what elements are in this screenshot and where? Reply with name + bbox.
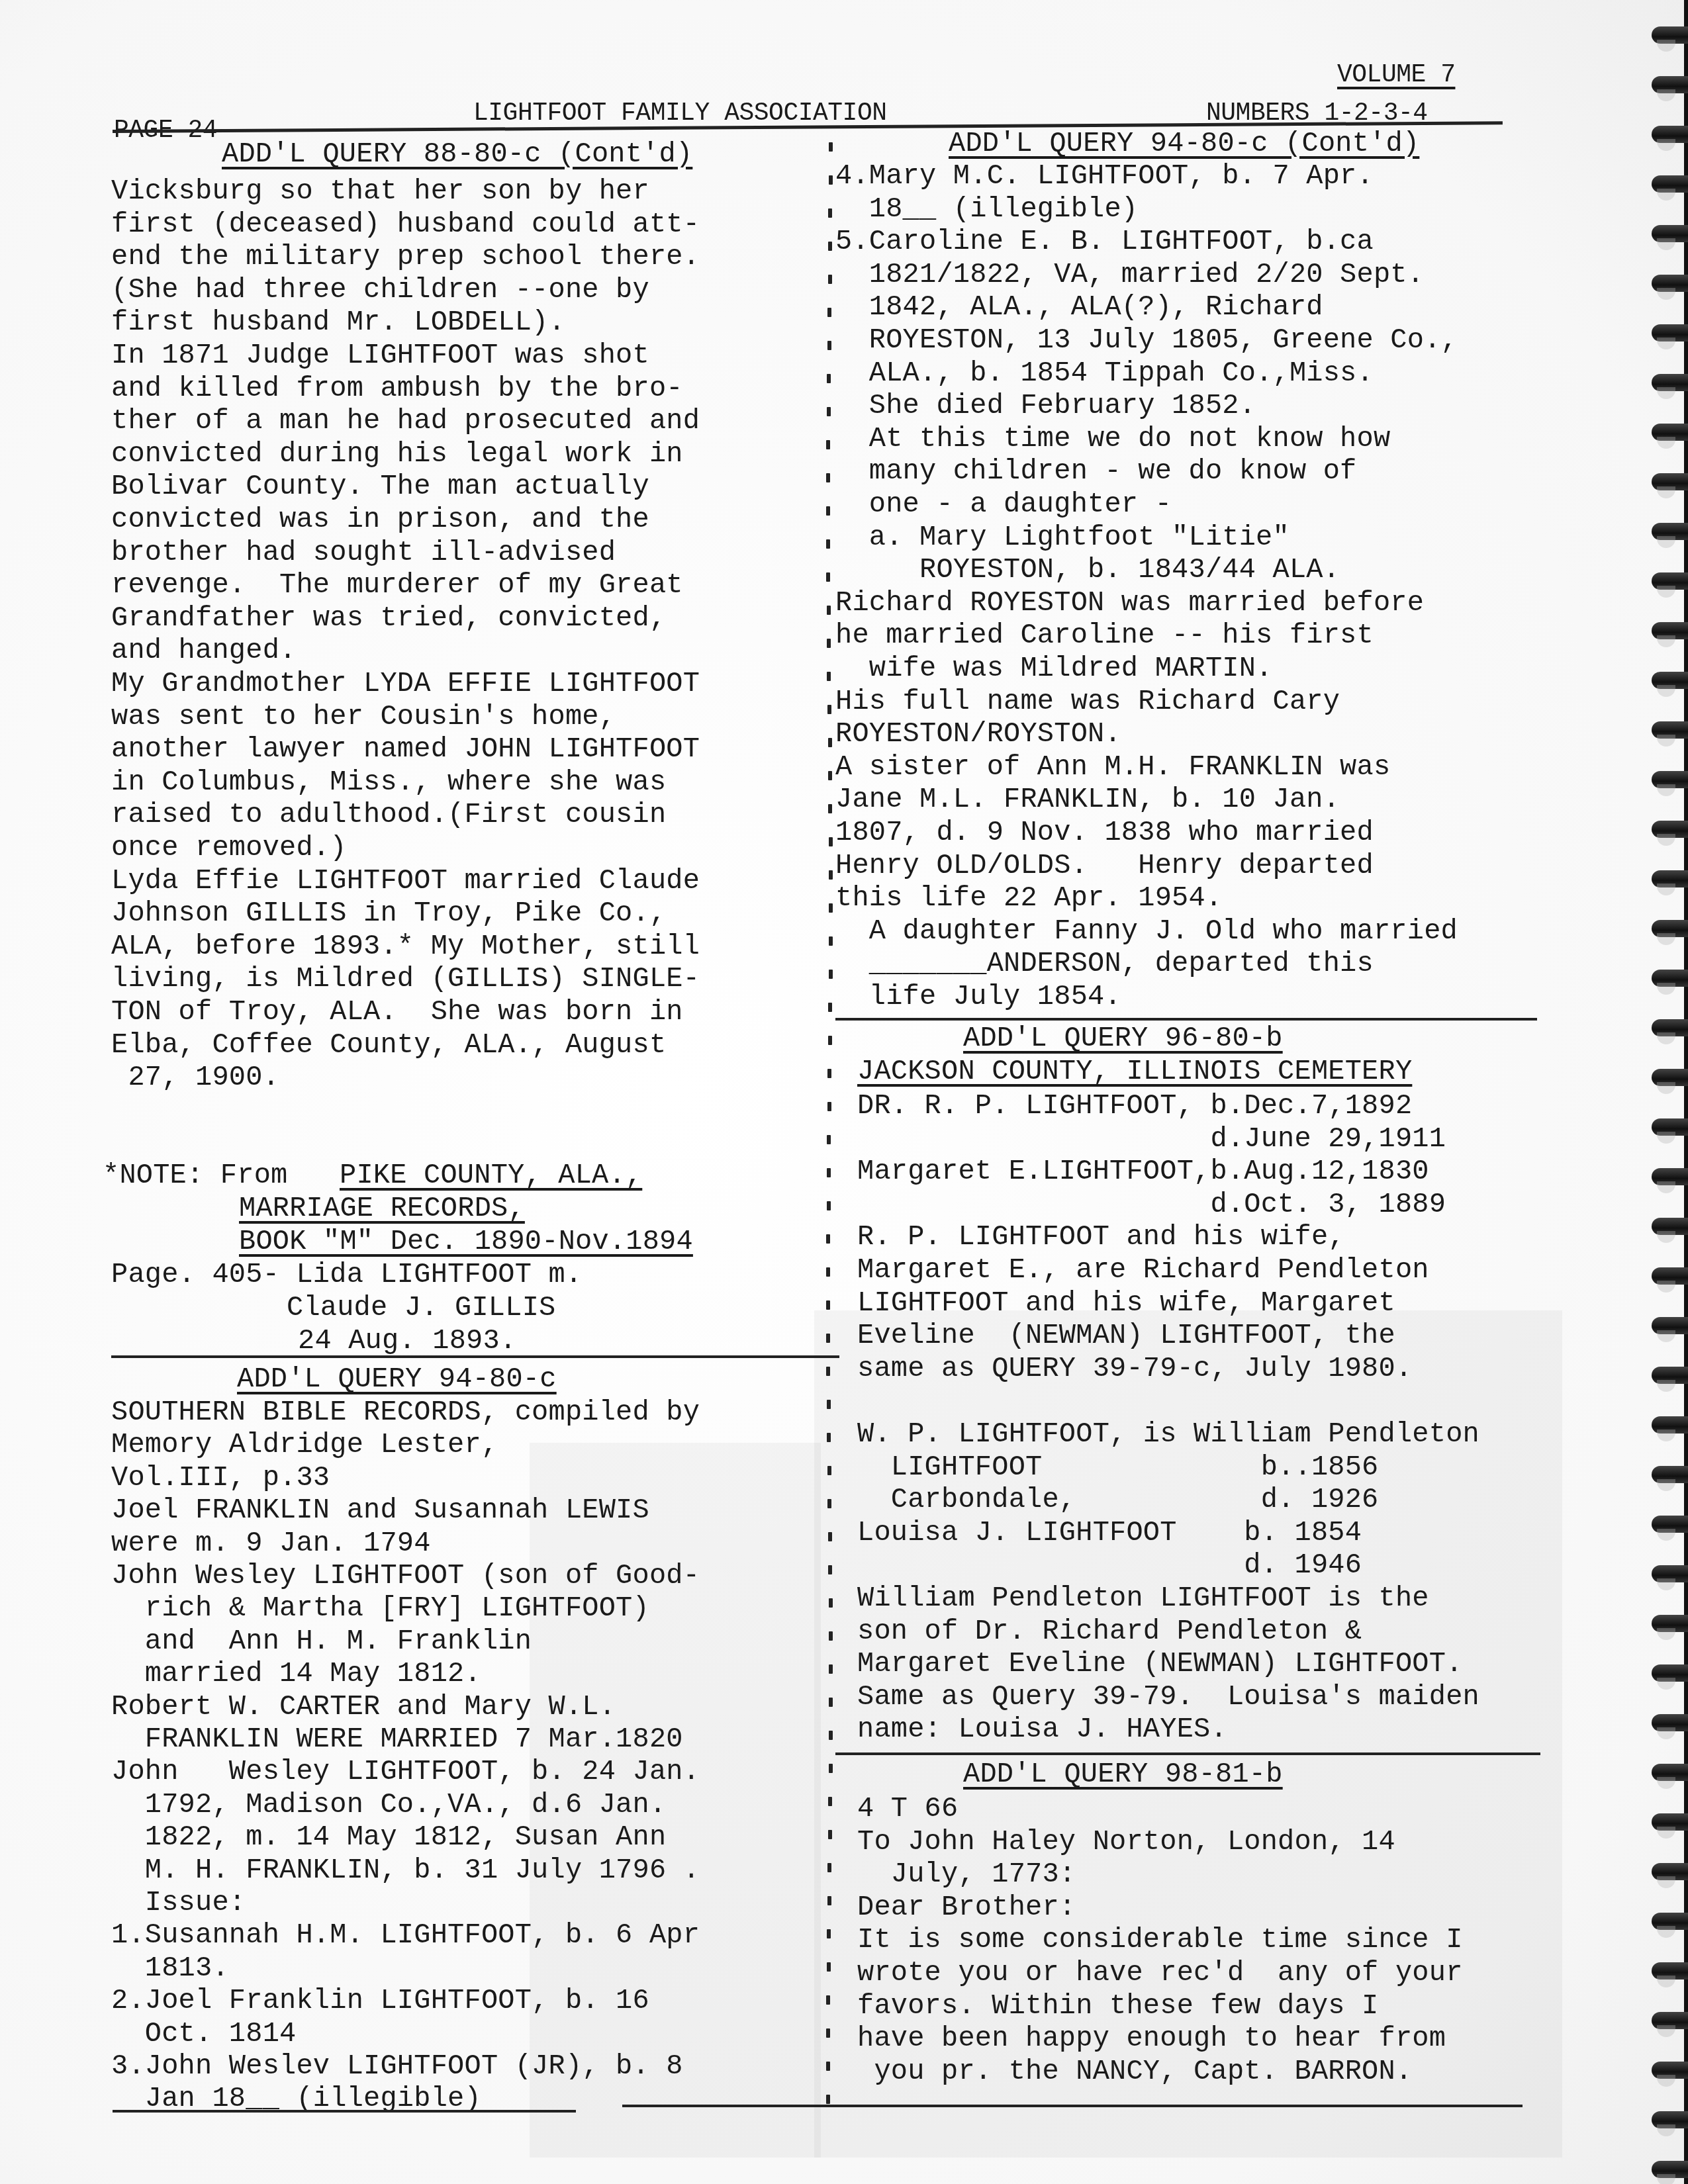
text-line: wife was Mildred MARTIN. (835, 655, 1273, 682)
binding-ring (1652, 374, 1688, 391)
text-line: revenge. The murderer of my Great (111, 571, 683, 599)
text-line: another lawyer named JOHN LIGHTFOOT (111, 735, 700, 763)
text-line: 1807, d. 9 Nov. 1838 who married (835, 819, 1374, 846)
separator-tick (828, 804, 832, 813)
binding-ring (1652, 572, 1688, 590)
separator-tick (828, 1797, 832, 1806)
binding-ring (1652, 2012, 1688, 2029)
text-line: Eveline (NEWMAN) LIGHTFOOT, the (857, 1322, 1395, 1349)
text-line: SOUTHERN BIBLE RECORDS, compiled by (111, 1398, 700, 1426)
text-line: ROYESTON, b. 1843/44 ALA. (835, 556, 1340, 584)
binding-ring (1652, 1913, 1688, 1930)
text-line: To John Haley Norton, London, 14 (857, 1828, 1395, 1856)
text-line: M. H. FRANKLIN, b. 31 July 1796 . (111, 1856, 700, 1884)
text-line: My Grandmother LYDA EFFIE LIGHTFOOT (111, 670, 700, 698)
text-line: living, is Mildred (GILLIS) SINGLE- (111, 965, 700, 993)
volume-label: VOLUME 7 (1337, 61, 1455, 89)
note-prefix: *NOTE: From (103, 1161, 305, 1189)
separator-tick (827, 1863, 831, 1872)
separator-tick (829, 1731, 833, 1740)
separator-tick (826, 539, 830, 549)
separator-tick (826, 1995, 830, 2005)
note-source-records: MARRIAGE RECORDS, (239, 1195, 525, 1222)
separator-tick (829, 837, 833, 846)
cemetery-heading: JACKSON COUNTY, ILLINOIS CEMETERY (857, 1058, 1412, 1085)
text-line: and hanged. (111, 637, 296, 664)
binding-ring (1652, 1863, 1688, 1880)
text-line: son of Dr. Richard Pendleton & (857, 1617, 1362, 1645)
text-line: Margaret E., are Richard Pendleton (857, 1256, 1429, 1284)
binding-ring (1652, 1516, 1688, 1533)
text-line: 1821/1822, VA, married 2/20 Sept. (835, 261, 1424, 289)
binding-ring (1652, 721, 1688, 739)
section-divider (835, 1752, 1540, 1755)
text-line: 2.Joel Franklin LIGHTFOOT, b. 16 (111, 1987, 649, 2015)
text-line: this life 22 Apr. 1954. (835, 884, 1222, 912)
separator-tick (829, 1698, 833, 1707)
separator-tick (828, 1565, 832, 1574)
text-line: life July 1854. (835, 983, 1121, 1011)
text-line: At this time we do not know how (835, 425, 1390, 453)
separator-tick (827, 1102, 831, 1111)
separator-tick (827, 1069, 831, 1078)
separator-tick (829, 936, 833, 946)
binding-ring (1652, 424, 1688, 441)
binding-ring (1652, 870, 1688, 887)
text-line: favors. Within these few days I (857, 1992, 1379, 2020)
separator-tick (829, 1664, 833, 1674)
binding-ring (1652, 2161, 1688, 2178)
text-line: (She had three children --one by (111, 276, 649, 304)
binding-ring (1652, 2062, 1688, 2079)
section-heading: ADD'L QUERY 94-80-c (237, 1365, 557, 1393)
text-line: Johnson GILLIS in Troy, Pike Co., (111, 899, 666, 927)
text-line: John Wesley LIGHTFOOT, b. 24 Jan. (111, 1758, 700, 1786)
text-line: brother had sought ill-advised (111, 539, 616, 567)
text-line: ALA, before 1893.* My Mother, still (111, 933, 700, 960)
page-bottom-rule (622, 2105, 1523, 2107)
separator-tick (827, 606, 831, 615)
spiral-binding (1648, 0, 1688, 2184)
separator-tick (829, 903, 833, 913)
separator-tick (827, 308, 831, 317)
separator-tick (827, 705, 831, 714)
text-line: rich & Martha [FRY] LIGHTFOOT) (111, 1594, 649, 1622)
separator-tick (829, 1764, 833, 1773)
binding-ring (1652, 1367, 1688, 1384)
binding-ring (1652, 1218, 1688, 1235)
text-line: 5.Caroline E. B. LIGHTFOOT, b.ca (835, 228, 1374, 255)
text-line: 27, 1900. (111, 1064, 279, 1091)
binding-ring (1652, 1168, 1688, 1185)
binding-ring (1652, 1317, 1688, 1334)
text-line: he married Caroline -- his first (835, 621, 1374, 649)
binding-ring (1652, 1019, 1688, 1036)
text-line: once removed.) (111, 834, 347, 862)
text-line: and Ann H. M. Franklin (111, 1627, 532, 1655)
note-source-county: PIKE COUNTY, ALA., (340, 1161, 642, 1189)
separator-tick (827, 1168, 831, 1177)
text-line: Vol.III, p.33 (111, 1464, 330, 1492)
separator-tick (828, 1532, 832, 1541)
text-line: ALA., b. 1854 Tippah Co.,Miss. (835, 359, 1374, 387)
text-line: His full name was Richard Cary (835, 688, 1340, 715)
binding-ring (1652, 523, 1688, 540)
text-line: _______ANDERSON, departed this (835, 950, 1374, 978)
note-date: 24 Aug. 1893. (298, 1327, 516, 1355)
binding-ring (1652, 1962, 1688, 1979)
text-line: Jan 18__ (illegible) (111, 2085, 481, 2113)
text-line: Same as Query 39-79. Louisa's maiden (857, 1683, 1479, 1711)
text-line: and killed from ambush by the bro- (111, 375, 683, 402)
text-line: was sent to her Cousin's home, (111, 703, 616, 731)
binding-ring (1652, 1714, 1688, 1731)
separator-tick (827, 1400, 831, 1409)
text-line: ROYESTON/ROYSTON. (835, 720, 1121, 748)
separator-tick (826, 2062, 830, 2071)
separator-tick (828, 771, 832, 780)
text-line: same as QUERY 39-79-c, July 1980. (857, 1355, 1412, 1383)
section-heading: ADD'L QUERY 94-80-c (Cont'd) (949, 130, 1419, 158)
binding-ring (1652, 175, 1688, 193)
separator-tick (826, 1300, 830, 1310)
section-heading: ADD'L QUERY 98-81-b (963, 1760, 1283, 1788)
text-line: Lyda Effie LIGHTFOOT married Claude (111, 867, 700, 895)
separator-tick (829, 142, 833, 152)
section-divider (835, 1018, 1537, 1021)
text-line: convicted was in prison, and the (111, 506, 649, 533)
separator-tick (826, 572, 830, 582)
separator-tick (827, 1466, 831, 1475)
text-line: Margaret Eveline (NEWMAN) LIGHTFOOT. (857, 1650, 1463, 1678)
text-line: Henry OLD/OLDS. Henry departed (835, 852, 1374, 880)
separator-tick (826, 2095, 830, 2104)
section-heading: ADD'L QUERY 88-80-c (Cont'd) (222, 140, 692, 168)
text-line: TON of Troy, ALA. She was born in (111, 998, 683, 1026)
note-source-book: BOOK "M" Dec. 1890-Nov.1894 (239, 1228, 693, 1255)
separator-tick (827, 672, 831, 681)
separator-tick (826, 1334, 830, 1343)
separator-tick (827, 1201, 831, 1210)
text-line: have been happy enough to hear from (857, 2025, 1446, 2052)
text-line: LIGHTFOOT b..1856 (857, 1453, 1379, 1481)
text-line: many children - we do know of (835, 457, 1357, 485)
text-line: 18__ (illegible) (835, 195, 1138, 223)
binding-ring (1652, 920, 1688, 937)
section-divider (111, 1355, 839, 1358)
text-line: Joel FRANKLIN and Susannah LEWIS (111, 1496, 649, 1524)
binding-ring (1652, 771, 1688, 788)
text-line: d.Oct. 3, 1889 (857, 1191, 1446, 1218)
binding-ring (1652, 1813, 1688, 1831)
separator-tick (826, 473, 830, 482)
text-line: 1.Susannah H.M. LIGHTFOOT, b. 6 Apr (111, 1921, 700, 1949)
separator-tick (826, 440, 830, 449)
binding-ring (1652, 275, 1688, 292)
binding-ring (1652, 1565, 1688, 1582)
separator-tick (826, 1367, 830, 1376)
text-line: Carbondale, d. 1926 (857, 1486, 1379, 1514)
text-line: 4.Mary M.C. LIGHTFOOT, b. 7 Apr. (835, 162, 1374, 190)
text-line: were m. 9 Jan. 1794 (111, 1529, 431, 1557)
separator-tick (827, 1962, 831, 1972)
text-line: 1822, m. 14 May 1812, Susan Ann (111, 1823, 666, 1851)
text-line: 1842, ALA., ALA(?), Richard (835, 293, 1323, 321)
text-line: first (deceased) husband could att- (111, 210, 700, 238)
binding-ring (1652, 26, 1688, 44)
separator-tick (827, 407, 831, 416)
text-line: 1792, Madison Co.,VA., d.6 Jan. (111, 1791, 666, 1819)
text-line: Richard ROYESTON was married before (835, 589, 1424, 617)
binding-ring (1652, 1118, 1688, 1136)
text-line: Robert W. CARTER and Mary W.L. (111, 1693, 616, 1721)
separator-tick (828, 242, 832, 251)
separator-tick (828, 1830, 832, 1839)
text-line: John Wesley LIGHTFOOT (son of Good- (111, 1562, 700, 1590)
text-line: ther of a man he had prosecuted and (111, 407, 700, 435)
separator-tick (828, 1036, 832, 1045)
newsletter-title: LIGHTFOOT FAMILY ASSOCIATION (473, 99, 887, 128)
text-line: raised to adulthood.(First cousin (111, 801, 666, 829)
text-line: LIGHTFOOT and his wife, Margaret (857, 1289, 1395, 1317)
separator-tick (827, 341, 831, 350)
text-line: It is some considerable time since I (857, 1926, 1463, 1954)
binding-ring (1652, 473, 1688, 490)
text-line: Margaret E.LIGHTFOOT,b.Aug.12,1830 (857, 1158, 1429, 1185)
separator-tick (829, 870, 833, 880)
separator-tick (826, 1234, 830, 1244)
separator-tick (826, 2028, 830, 2038)
separator-tick (827, 1929, 831, 1938)
text-line: Dear Brother: (857, 1893, 1076, 1921)
text-line: W. P. LIGHTFOOT, is William Pendleton (857, 1420, 1479, 1448)
text-line: in Columbus, Miss., where she was (111, 768, 666, 796)
text-line: a. Mary Lightfoot "Litie" (835, 523, 1289, 551)
binding-ring (1652, 2111, 1688, 2128)
separator-tick (828, 275, 832, 284)
text-line: Bolivar County. The man actually (111, 473, 649, 500)
binding-ring (1652, 1267, 1688, 1285)
note-page-line: Page. 405- Lida LIGHTFOOT m. (111, 1261, 582, 1289)
text-line: R. P. LIGHTFOOT and his wife, (857, 1223, 1345, 1251)
separator-tick (826, 506, 830, 516)
binding-ring (1652, 1664, 1688, 1682)
section-heading: ADD'L QUERY 96-80-b (963, 1024, 1283, 1052)
text-line: A sister of Ann M.H. FRANKLIN was (835, 753, 1390, 781)
text-line: you pr. the NANCY, Capt. BARRON. (857, 2058, 1412, 2085)
text-line: FRANKLIN WERE MARRIED 7 Mar.1820 (111, 1725, 683, 1753)
text-line: Oct. 1814 (111, 2020, 296, 2048)
binding-ring (1652, 1615, 1688, 1632)
binding-ring (1652, 225, 1688, 242)
text-line: July, 1773: (857, 1860, 1076, 1888)
text-line: 1813. (111, 1954, 229, 1982)
separator-tick (827, 1433, 831, 1442)
binding-ring (1652, 76, 1688, 93)
text-line: Issue: (111, 1889, 246, 1917)
separator-tick (829, 1598, 833, 1608)
text-line: end the military prep school there. (111, 243, 700, 271)
separator-tick (827, 374, 831, 383)
binding-ring (1652, 672, 1688, 689)
text-line: Vicksburg so that her son by her (111, 177, 649, 205)
separator-tick (828, 208, 832, 218)
text-line: William Pendleton LIGHTFOOT is the (857, 1584, 1429, 1612)
separator-tick (826, 1267, 830, 1277)
binding-ring (1652, 1466, 1688, 1483)
binding-ring (1652, 970, 1688, 987)
text-line: 4 T 66 (857, 1795, 958, 1823)
binding-ring (1652, 1416, 1688, 1433)
text-line: one - a daughter - (835, 490, 1172, 518)
text-line: first husband Mr. LOBDELL). (111, 308, 565, 336)
separator-tick (828, 1003, 832, 1012)
text-line: convicted during his legal work in (111, 440, 683, 468)
text-line: ROYESTON, 13 July 1805, Greene Co., (835, 326, 1458, 354)
separator-tick (827, 1499, 831, 1508)
binding-ring (1652, 1764, 1688, 1781)
text-line: Memory Aldridge Lester, (111, 1431, 498, 1459)
text-line: In 1871 Judge LIGHTFOOT was shot (111, 341, 649, 369)
binding-ring (1652, 1069, 1688, 1086)
text-line: d. 1946 (857, 1551, 1362, 1579)
binding-ring (1652, 622, 1688, 639)
binding-ring (1652, 324, 1688, 341)
separator-tick (827, 639, 831, 648)
text-line: A daughter Fanny J. Old who married (835, 917, 1458, 945)
text-line: d.June 29,1911 (857, 1125, 1446, 1153)
text-line: 3.John Weslev LIGHTFOOT (JR), b. 8 (111, 2052, 683, 2080)
text-line: Grandfather was tried, convicted, (111, 604, 666, 632)
text-line: wrote you or have rec'd any of your (857, 1959, 1463, 1987)
text-line: Louisa J. LIGHTFOOT b. 1854 (857, 1519, 1362, 1547)
separator-tick (827, 1896, 831, 1905)
text-line: married 14 May 1812. (111, 1660, 481, 1688)
binding-ring (1652, 821, 1688, 838)
text-line: She died February 1852. (835, 392, 1256, 420)
text-line: name: Louisa J. HAYES. (857, 1715, 1227, 1743)
note-spouse: Claude J. GILLIS (287, 1294, 555, 1322)
separator-tick (829, 970, 833, 979)
separator-tick (828, 738, 832, 747)
text-line: DR. R. P. LIGHTFOOT, b.Dec.7,1892 (857, 1092, 1412, 1120)
text-line: Elba, Coffee County, ALA., August (111, 1031, 666, 1059)
separator-tick (829, 175, 833, 185)
text-line: Jane M.L. FRANKLIN, b. 10 Jan. (835, 786, 1340, 813)
page-bottom-rule (113, 2110, 576, 2113)
separator-tick (829, 1631, 833, 1641)
binding-ring (1652, 126, 1688, 143)
separator-tick (827, 1135, 831, 1144)
